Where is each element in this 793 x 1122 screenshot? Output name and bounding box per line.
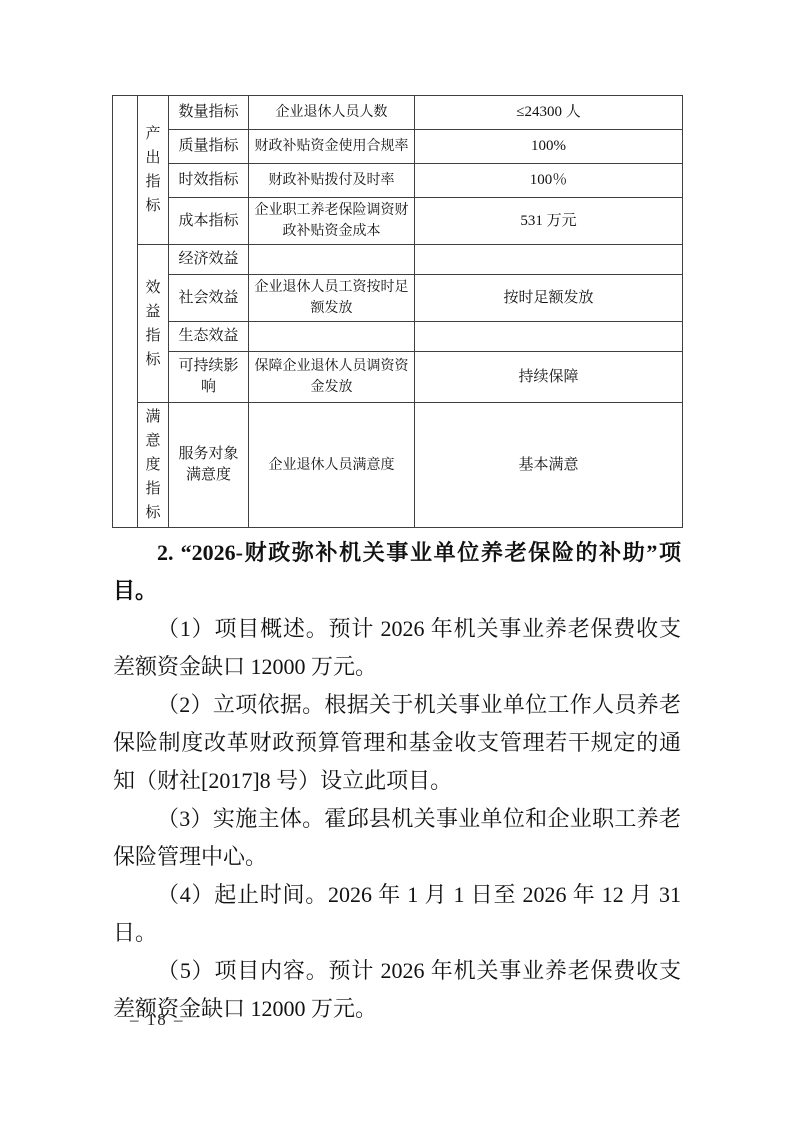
table-row: 产出指标 数量指标 企业退休人员人数 ≤24300 人 bbox=[113, 96, 683, 130]
table-cell-indicator bbox=[249, 245, 415, 275]
document-page: 产出指标 数量指标 企业退休人员人数 ≤24300 人 质量指标 财政补贴资金使… bbox=[0, 0, 793, 1122]
table-cell-indicator bbox=[249, 322, 415, 352]
table-cell-indicator: 企业退休人员工资按时足额发放 bbox=[249, 275, 415, 322]
performance-indicator-table: 产出指标 数量指标 企业退休人员人数 ≤24300 人 质量指标 财政补贴资金使… bbox=[112, 95, 683, 528]
table-cell-category-output: 产出指标 bbox=[138, 96, 169, 245]
table-cell-value: 531 万元 bbox=[415, 198, 683, 245]
table-cell-sub: 成本指标 bbox=[169, 198, 249, 245]
table-cell-indicator: 企业退休人员满意度 bbox=[249, 403, 415, 528]
table-cell-value: ≤24300 人 bbox=[415, 96, 683, 130]
table-row: 可持续影响 保障企业退休人员调资资金发放 持续保障 bbox=[113, 352, 683, 403]
table-cell-value bbox=[415, 322, 683, 352]
table-cell-indicator: 企业职工养老保险调资财政补贴资金成本 bbox=[249, 198, 415, 245]
table-cell-sub: 社会效益 bbox=[169, 275, 249, 322]
table-cell-spacer bbox=[113, 96, 138, 528]
paragraph-project-content: （5）项目内容。预计 2026 年机关事业养老保费收支差额资金缺口 12000 … bbox=[113, 952, 681, 1028]
table-cell-sub: 生态效益 bbox=[169, 322, 249, 352]
table-cell-value: 基本满意 bbox=[415, 403, 683, 528]
table-cell-sub: 数量指标 bbox=[169, 96, 249, 130]
table-cell-value: 持续保障 bbox=[415, 352, 683, 403]
table-cell-indicator: 企业退休人员人数 bbox=[249, 96, 415, 130]
table-row: 质量指标 财政补贴资金使用合规率 100% bbox=[113, 130, 683, 164]
table-row: 社会效益 企业退休人员工资按时足额发放 按时足额发放 bbox=[113, 275, 683, 322]
body-text: 2. “2026-财政弥补机关事业单位养老保险的补助”项目。 （1）项目概述。预… bbox=[113, 534, 681, 1028]
table-cell-indicator: 财政补贴拨付及时率 bbox=[249, 164, 415, 198]
table-row: 成本指标 企业职工养老保险调资财政补贴资金成本 531 万元 bbox=[113, 198, 683, 245]
paragraph-project-overview: （1）项目概述。预计 2026 年机关事业养老保费收支差额资金缺口 12000 … bbox=[113, 610, 681, 686]
table-cell-indicator: 保障企业退休人员调资资金发放 bbox=[249, 352, 415, 403]
paragraph-implementing-body: （3）实施主体。霍邱县机关事业单位和企业职工养老保险管理中心。 bbox=[113, 800, 681, 876]
table-cell-value: 按时足额发放 bbox=[415, 275, 683, 322]
table-cell-category-benefit: 效益指标 bbox=[138, 245, 169, 403]
table-row: 时效指标 财政补贴拨付及时率 100％ bbox=[113, 164, 683, 198]
table-cell-sub: 服务对象满意度 bbox=[169, 403, 249, 528]
table-cell-value: 100％ bbox=[415, 164, 683, 198]
table-cell-sub: 时效指标 bbox=[169, 164, 249, 198]
table-cell-category-satisfaction: 满意度指标 bbox=[138, 403, 169, 528]
table-cell-sub: 可持续影响 bbox=[169, 352, 249, 403]
paragraph-time-span: （4）起止时间。2026 年 1 月 1 日至 2026 年 12 月 31 日… bbox=[113, 876, 681, 952]
table-cell-sub: 经济效益 bbox=[169, 245, 249, 275]
table-cell-value bbox=[415, 245, 683, 275]
page-number-footer: – 18 – bbox=[130, 1010, 185, 1030]
table-row: 满意度指标 服务对象满意度 企业退休人员满意度 基本满意 bbox=[113, 403, 683, 528]
paragraph-project-basis: （2）立项依据。根据关于机关事业单位工作人员养老保险制度改革财政预算管理和基金收… bbox=[113, 686, 681, 800]
table-cell-indicator: 财政补贴资金使用合规率 bbox=[249, 130, 415, 164]
table-row: 效益指标 经济效益 bbox=[113, 245, 683, 275]
table-cell-value: 100% bbox=[415, 130, 683, 164]
table-cell-sub: 质量指标 bbox=[169, 130, 249, 164]
section-heading: 2. “2026-财政弥补机关事业单位养老保险的补助”项目。 bbox=[113, 534, 681, 610]
table-row: 生态效益 bbox=[113, 322, 683, 352]
